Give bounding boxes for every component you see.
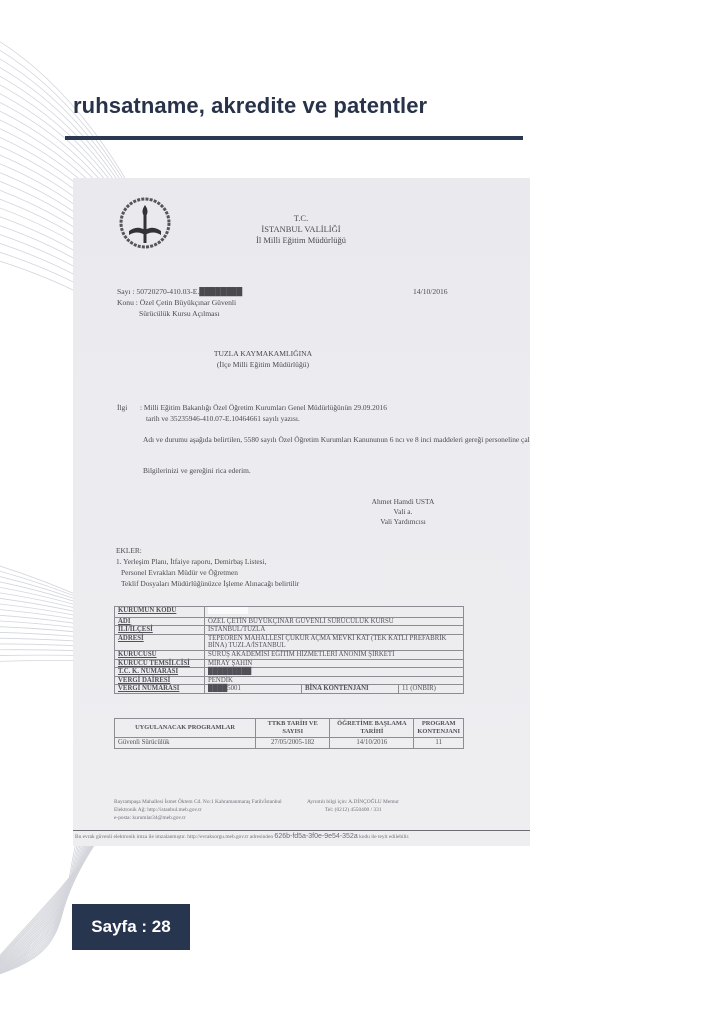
- signature-title-1: Vali a.: [343, 507, 463, 517]
- header-il-milli-egitim: İl Milli Eğitim Müdürlüğü: [191, 235, 411, 246]
- header-istanbul-valiligi: İSTANBUL VALİLİĞİ: [191, 224, 411, 235]
- value-il-ilce: İSTANBUL/TUZLA: [205, 626, 464, 635]
- attachment-1: 1. Yerleşim Planı, İtfaiye raporu, Demir…: [116, 557, 266, 567]
- header-tc: T.C.: [191, 213, 411, 224]
- ilgi-line-1: : Milli Eğitim Bakanlığı Özel Öğretim Ku…: [140, 403, 387, 413]
- letter-date: 14/10/2016: [413, 287, 448, 297]
- value-kurucu: SÜRÜŞ AKADEMİSİ EĞİTİM HİZMETLERİ ANONİM…: [205, 650, 464, 659]
- label-vergi-dairesi: VERGİ DAİRESİ: [115, 676, 205, 685]
- table-row: ADI ÖZEL ÇETİN BÜYÜKÇINAR GÜVENLİ SÜRÜCÜ…: [115, 617, 464, 626]
- program-table: UYGULANACAK PROGRAMLAR TTKB TARİH VE SAY…: [114, 718, 464, 749]
- label-kurucu: KURUCUSU: [115, 650, 205, 659]
- footer-divider: [73, 830, 530, 831]
- body-paragraph: Adı ve durumu aşağıda belirtilen, 5580 s…: [117, 435, 455, 445]
- institution-info-table: KURUMUN KODU ADI ÖZEL ÇETİN BÜYÜKÇINAR G…: [114, 606, 464, 694]
- cell-start-date: 14/10/2016: [330, 738, 414, 749]
- attachment-2: Personel Evrakları Müdür ve Öğretmen: [121, 568, 238, 578]
- cell-capacity: 11: [414, 738, 464, 749]
- recipient-line-1: TUZLA KAYMAKAMLIĞINA: [73, 349, 453, 359]
- table-header-row: UYGULANACAK PROGRAMLAR TTKB TARİH VE SAY…: [115, 719, 464, 738]
- page-number-badge: Sayfa : 28: [72, 904, 190, 950]
- konu-line-1: Konu : Özel Çetin Büyükçınar Güvenli: [117, 298, 236, 308]
- header-ttkb: TTKB TARİH VE SAYISI: [256, 719, 330, 738]
- table-row: KURUCUSU SÜRÜŞ AKADEMİSİ EĞİTİM HİZMETLE…: [115, 650, 464, 659]
- closing-line: Bilgilerinizi ve gereğini rica ederim.: [143, 466, 251, 476]
- attachments-label: EKLER:: [116, 546, 142, 556]
- page-title: ruhsatname, akredite ve patentler: [73, 93, 427, 119]
- value-vergi-dairesi: PENDİK: [205, 676, 464, 685]
- verification-text: Bu evrak güvenli elektronik imza ile imz…: [75, 834, 273, 840]
- table-row: VERGİ NUMARASI ████5001 BİNA KONTENJANI …: [115, 685, 464, 694]
- table-row: İLİ/İLÇESİ İSTANBUL/TUZLA: [115, 626, 464, 635]
- label-adres: ADRESİ: [115, 634, 205, 650]
- scanned-document: T.C. İSTANBUL VALİLİĞİ İl Milli Eğitim M…: [73, 178, 530, 846]
- table-row: Güvenli Sürücülük 27/05/2005-182 14/10/2…: [115, 738, 464, 749]
- table-row: KURUMUN KODU: [115, 607, 464, 618]
- value-adres: TEPEÖREN MAHALLESİ ÇUKUR AÇMA MEVKİ KAT …: [205, 634, 464, 650]
- table-row: KURUCU TEMSİLCİSİ MİRAY ŞAHİN: [115, 659, 464, 668]
- label-tc-no: T.C. K. NUMARASI: [115, 668, 205, 677]
- footer-address: Bayrampaşa Mahallesi İsmet Öktem Cd. No:…: [114, 799, 282, 806]
- label-il-ilce: İLİ/İLÇESİ: [115, 626, 205, 635]
- attachment-3: Teklif Dosyaları Müdürlüğünüzce İşleme A…: [121, 579, 299, 589]
- footer-email: e-posta: kurumlar34@meb.gov.tr: [114, 815, 186, 822]
- title-divider: [65, 136, 523, 140]
- header-capacity: PROGRAM KONTENJANI: [414, 719, 464, 738]
- value-tc-no: █████████: [205, 668, 464, 677]
- konu-line-2: Sürücülük Kursu Açılması: [139, 309, 220, 319]
- footer-contact: Ayrıntılı bilgi için: A.DİNÇOĞLU Memur: [307, 799, 399, 806]
- signature-title-2: Vali Yardımcısı: [343, 517, 463, 527]
- table-row: VERGİ DAİRESİ PENDİK: [115, 676, 464, 685]
- verification-code: 626b-fd5a-3f0e-9e54-352a: [274, 833, 357, 840]
- label-bina-kontenjani: BİNA KONTENJANI: [302, 685, 399, 694]
- label-kurucu-temsilcisi: KURUCU TEMSİLCİSİ: [115, 659, 205, 668]
- sayi-line: Sayı : 50720270-410.03-E.████████: [117, 287, 242, 297]
- cell-program: Güvenli Sürücülük: [115, 738, 256, 749]
- value-kurum-kodu: [205, 607, 464, 618]
- value-bina-kontenjani: 11 (ONBİR): [399, 685, 464, 694]
- verification-suffix: kodu ile teyit edilebilir.: [359, 834, 409, 840]
- footer-tel: Tel: (0212) 4550400 / 331: [325, 807, 382, 814]
- header-start-date: ÖĞRETİME BAŞLAMA TARİHİ: [330, 719, 414, 738]
- cell-ttkb: 27/05/2005-182: [256, 738, 330, 749]
- table-row: ADRESİ TEPEÖREN MAHALLESİ ÇUKUR AÇMA MEV…: [115, 634, 464, 650]
- recipient-line-2: (İlçe Milli Eğitim Müdürlüğü): [73, 360, 453, 370]
- value-adi: ÖZEL ÇETİN BÜYÜKÇINAR GÜVENLİ SÜRÜCÜLÜK …: [205, 617, 464, 626]
- meb-emblem-icon: [117, 195, 173, 251]
- label-kurum-kodu: KURUMUN KODU: [115, 607, 205, 618]
- header-programs: UYGULANACAK PROGRAMLAR: [115, 719, 256, 738]
- signature-name: Ahmet Hamdi USTA: [343, 497, 463, 507]
- value-kurucu-temsilcisi: MİRAY ŞAHİN: [205, 659, 464, 668]
- verification-line: Bu evrak güvenli elektronik imza ile imz…: [75, 833, 409, 840]
- footer-web: Elektronik Ağ: http://istanbul.meb.gov.t…: [114, 807, 202, 814]
- value-vergi-no: ████5001: [205, 685, 302, 694]
- ilgi-label: İlgi: [117, 403, 127, 413]
- ilgi-line-2: tarih ve 35235946-410.07-E.10464661 sayı…: [146, 414, 300, 424]
- label-adi: ADI: [115, 617, 205, 626]
- label-vergi-no: VERGİ NUMARASI: [115, 685, 205, 694]
- table-row: T.C. K. NUMARASI █████████: [115, 668, 464, 677]
